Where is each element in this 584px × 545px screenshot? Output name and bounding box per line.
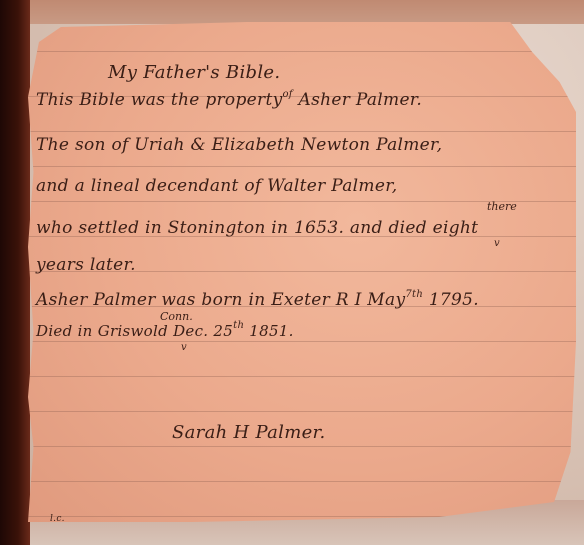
document-title: My Father's Bible. bbox=[108, 62, 280, 83]
signature: Sarah H Palmer. bbox=[172, 422, 326, 443]
insertion-caret-2: v bbox=[181, 342, 187, 353]
corner-mark: l.c. bbox=[50, 514, 65, 524]
insertion-conn: Conn. bbox=[160, 310, 193, 323]
insertion-there: there bbox=[487, 200, 517, 213]
handwritten-text: My Father's Bible. This Bible was the pr… bbox=[0, 0, 584, 545]
text-line-2: The son of Uriah & Elizabeth Newton Palm… bbox=[36, 135, 442, 155]
text-line-6: Asher Palmer was born in Exeter R I May7… bbox=[36, 290, 479, 310]
text-line-3: and a lineal decendant of Walter Palmer, bbox=[36, 176, 397, 196]
text-line-7: Died in Griswold Dec. 25th 1851. bbox=[36, 322, 294, 340]
text-line-5: years later. bbox=[36, 255, 136, 275]
insertion-caret: v bbox=[494, 238, 500, 249]
text-line-4: who settled in Stonington in 1653. and d… bbox=[36, 218, 478, 238]
text-line-1: This Bible was the propertyof Asher Palm… bbox=[36, 90, 422, 110]
